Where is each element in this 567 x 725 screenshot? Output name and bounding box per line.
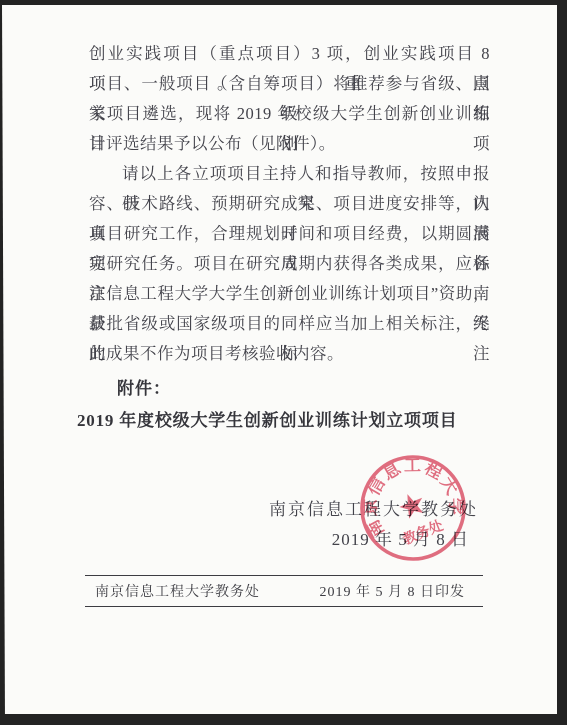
paragraph2-line: 获批省级或国家级项目的同样应当加上相关标注，无此标注 [89,309,490,339]
paragraph2-line: 项目研究工作，合理规划时间和项目经费，以期圆满完成各 [89,219,490,249]
paragraph1-line: 创业实践项目（重点项目）3 项，创业实践项目 8 项。重点 [89,39,490,69]
footer-imprint-row: 南京信息工程大学教务处 2019 年 5 月 8 日印发 [85,575,483,607]
attachment-title: 2019 年度校级大学生创新创业训练计划立项项目 [77,406,457,431]
document-body: 创业实践项目（重点项目）3 项，创业实践项目 8 项。重点 项目、一般项目（含自… [89,39,490,369]
paragraph2-line: 项研究任务。项目在研究周期内获得各类成果，应标注“南 [89,249,490,279]
paragraph2-line: 容、技术路线、预期研究成果、项目进度安排等，认真开展 [89,189,490,219]
attachment-label: 附件： [117,374,171,399]
scanned-document-page: { "document": { "paragraph1_lines": [ "创… [0,0,567,725]
scan-edge-top [0,0,567,5]
footer-print-date: 2019 年 5 月 8 日印发 [320,581,466,601]
seal-star-icon [396,489,428,520]
paragraph2-line: 京信息工程大学大学生创新创业训练计划项目”资助，最终 [89,279,490,309]
scan-edge-bottom [0,714,567,725]
paragraph1-line: 关项目遴选，现将 2019 年校级大学生创新创业训练计划项 [89,99,490,129]
paragraph1-line: 项目、一般项目（含自筹项目）将推荐参与省级、国家级相 [89,69,490,99]
official-seal-stamp: 南京信息工程大学 教务处 [342,437,484,579]
paragraph2-line: 请以上各立项项目主持人和指导教师，按照申报研究内 [89,159,490,189]
scan-edge-left [0,4,6,725]
footer-issuing-org: 南京信息工程大学教务处 [95,581,260,601]
scan-edge-right [557,0,567,725]
seal-bottom-text: 教务处 [399,517,445,549]
